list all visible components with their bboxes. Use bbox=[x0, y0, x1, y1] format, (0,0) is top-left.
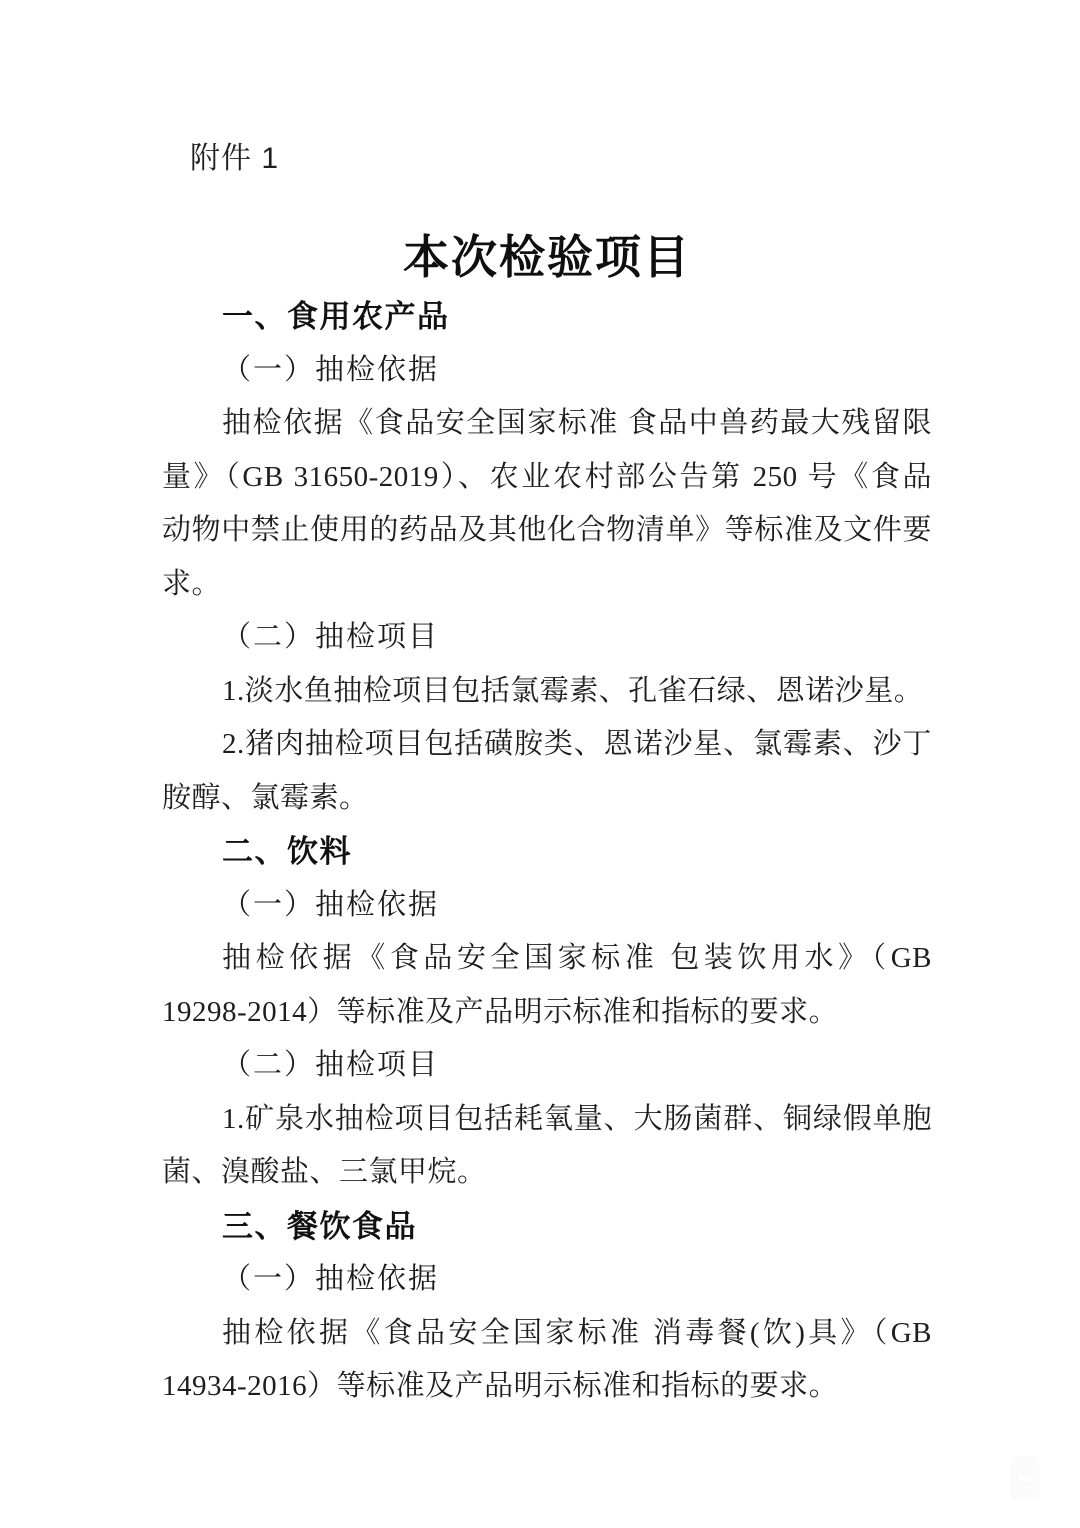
document-page: 附件 1 本次检验项目 一、食用农产品（一）抽检依据抽检依据《食品安全国家标准 … bbox=[0, 0, 1080, 1528]
document-body: 一、食用农产品（一）抽检依据抽检依据《食品安全国家标准 食品中兽药最大残留限量》… bbox=[162, 290, 932, 1414]
attachment-label: 附件 1 bbox=[190, 132, 932, 186]
subsection-heading: （二）抽检项目 bbox=[162, 611, 932, 665]
section-heading: 二、饮料 bbox=[162, 825, 932, 879]
paragraph-line: 1.淡水鱼抽检项目包括氯霉素、孔雀石绿、恩诺沙星。 bbox=[162, 665, 932, 719]
paragraph-line: 抽检依据《食品安全国家标准 包装饮用水》（GB bbox=[162, 932, 932, 986]
floating-button[interactable] bbox=[1011, 1456, 1039, 1500]
subsection-heading: （一）抽检依据 bbox=[162, 879, 932, 933]
paragraph-line: 菌、溴酸盐、三氯甲烷。 bbox=[162, 1146, 932, 1200]
paragraph-line: 量》（GB 31650-2019）、农业农村部公告第 250 号《食品 bbox=[162, 451, 932, 505]
paragraph-line: 抽检依据《食品安全国家标准 消毒餐(饮)具》（GB bbox=[162, 1307, 932, 1361]
document-title: 本次检验项目 bbox=[162, 226, 932, 290]
paragraph-line: 14934-2016）等标准及产品明示标准和指标的要求。 bbox=[162, 1360, 932, 1414]
paragraph-line: 求。 bbox=[162, 558, 932, 612]
paragraph-line: 2.猪肉抽检项目包括磺胺类、恩诺沙星、氯霉素、沙丁 bbox=[162, 718, 932, 772]
subsection-heading: （二）抽检项目 bbox=[162, 1039, 932, 1093]
document-content: 附件 1 本次检验项目 一、食用农产品（一）抽检依据抽检依据《食品安全国家标准 … bbox=[162, 132, 932, 1414]
paragraph-line: 1.矿泉水抽检项目包括耗氧量、大肠菌群、铜绿假单胞 bbox=[162, 1093, 932, 1147]
section-heading: 三、餐饮食品 bbox=[162, 1200, 932, 1254]
paragraph-line: 抽检依据《食品安全国家标准 食品中兽药最大残留限 bbox=[162, 397, 932, 451]
subsection-heading: （一）抽检依据 bbox=[162, 344, 932, 398]
paragraph-line: 19298-2014）等标准及产品明示标准和指标的要求。 bbox=[162, 986, 932, 1040]
subsection-heading: （一）抽检依据 bbox=[162, 1253, 932, 1307]
paragraph-line: 胺醇、氯霉素。 bbox=[162, 772, 932, 826]
section-heading: 一、食用农产品 bbox=[162, 290, 932, 344]
paragraph-line: 动物中禁止使用的药品及其他化合物清单》等标准及文件要 bbox=[162, 504, 932, 558]
floating-button-icon bbox=[1019, 1476, 1031, 1481]
